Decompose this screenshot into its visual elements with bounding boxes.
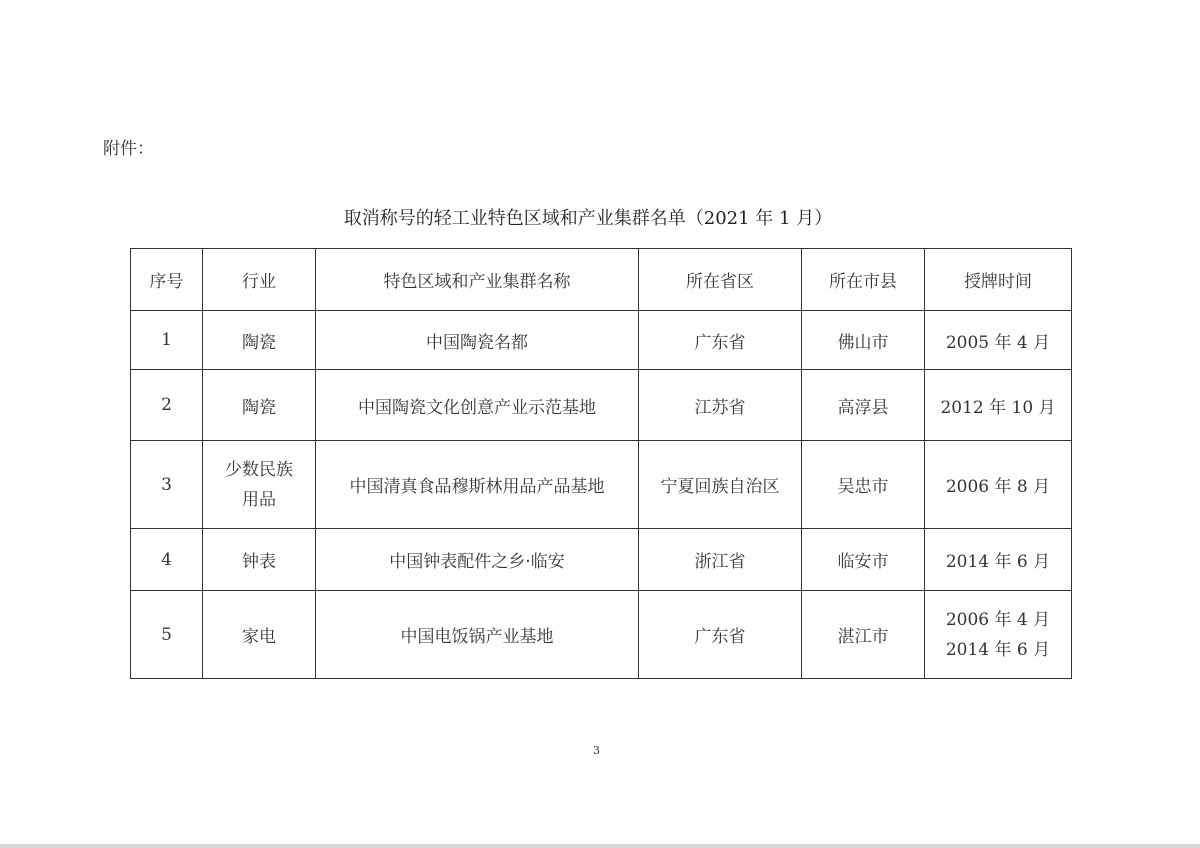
industry-line: 用品	[203, 485, 315, 515]
table-row: 5 家电 中国电饭锅产业基地 广东省 湛江市 2006 年 4 月 2014 年…	[131, 591, 1072, 679]
cell-industry: 少数民族 用品	[203, 441, 316, 529]
cell-cluster-name: 中国清真食品穆斯林用品产品基地	[316, 441, 639, 529]
header-industry: 行业	[203, 249, 316, 311]
cell-award-date: 2006 年 4 月 2014 年 6 月	[925, 591, 1072, 679]
cell-no: 1	[131, 311, 203, 370]
header-award-date: 授牌时间	[925, 249, 1072, 311]
cell-city: 佛山市	[802, 311, 925, 370]
header-cluster-name: 特色区域和产业集群名称	[316, 249, 639, 311]
industry-line: 少数民族	[203, 455, 315, 485]
cell-industry: 钟表	[203, 529, 316, 591]
cell-industry: 陶瓷	[203, 311, 316, 370]
cell-cluster-name: 中国钟表配件之乡·临安	[316, 529, 639, 591]
cell-industry: 陶瓷	[203, 370, 316, 441]
cell-province: 广东省	[639, 591, 802, 679]
table-row: 3 少数民族 用品 中国清真食品穆斯林用品产品基地 宁夏回族自治区 吴忠市 20…	[131, 441, 1072, 529]
cell-no: 4	[131, 529, 203, 591]
cell-no: 3	[131, 441, 203, 529]
cell-industry: 家电	[203, 591, 316, 679]
table-row: 2 陶瓷 中国陶瓷文化创意产业示范基地 江苏省 高淳县 2012 年 10 月	[131, 370, 1072, 441]
table-header-row: 序号 行业 特色区域和产业集群名称 所在省区 所在市县 授牌时间	[131, 249, 1072, 311]
cell-cluster-name: 中国陶瓷名都	[316, 311, 639, 370]
cell-province: 浙江省	[639, 529, 802, 591]
cell-city: 高淳县	[802, 370, 925, 441]
page-number: 3	[593, 744, 600, 757]
scan-edge	[0, 844, 1200, 848]
header-no: 序号	[131, 249, 203, 311]
table-row: 4 钟表 中国钟表配件之乡·临安 浙江省 临安市 2014 年 6 月	[131, 529, 1072, 591]
cancelled-clusters-table: 序号 行业 特色区域和产业集群名称 所在省区 所在市县 授牌时间 1 陶瓷 中国…	[130, 248, 1072, 679]
header-city: 所在市县	[802, 249, 925, 311]
document-title: 取消称号的轻工业特色区域和产业集群名单（2021 年 1 月）	[0, 204, 1200, 230]
cell-province: 广东省	[639, 311, 802, 370]
cell-cluster-name: 中国陶瓷文化创意产业示范基地	[316, 370, 639, 441]
cell-province: 宁夏回族自治区	[639, 441, 802, 529]
cell-award-date: 2014 年 6 月	[925, 529, 1072, 591]
attachment-label: 附件：	[103, 134, 154, 159]
table-row: 1 陶瓷 中国陶瓷名都 广东省 佛山市 2005 年 4 月	[131, 311, 1072, 370]
header-province: 所在省区	[639, 249, 802, 311]
award-date-line: 2006 年 4 月	[925, 605, 1071, 635]
cell-no: 5	[131, 591, 203, 679]
cell-cluster-name: 中国电饭锅产业基地	[316, 591, 639, 679]
cell-award-date: 2005 年 4 月	[925, 311, 1072, 370]
cell-award-date: 2012 年 10 月	[925, 370, 1072, 441]
award-date-line: 2014 年 6 月	[925, 635, 1071, 665]
cell-award-date: 2006 年 8 月	[925, 441, 1072, 529]
title-text: 取消称号的轻工业特色区域和产业集群名单（2021 年 1 月）	[344, 208, 832, 229]
cell-province: 江苏省	[639, 370, 802, 441]
cell-city: 吴忠市	[802, 441, 925, 529]
cell-city: 湛江市	[802, 591, 925, 679]
cell-no: 2	[131, 370, 203, 441]
cell-city: 临安市	[802, 529, 925, 591]
